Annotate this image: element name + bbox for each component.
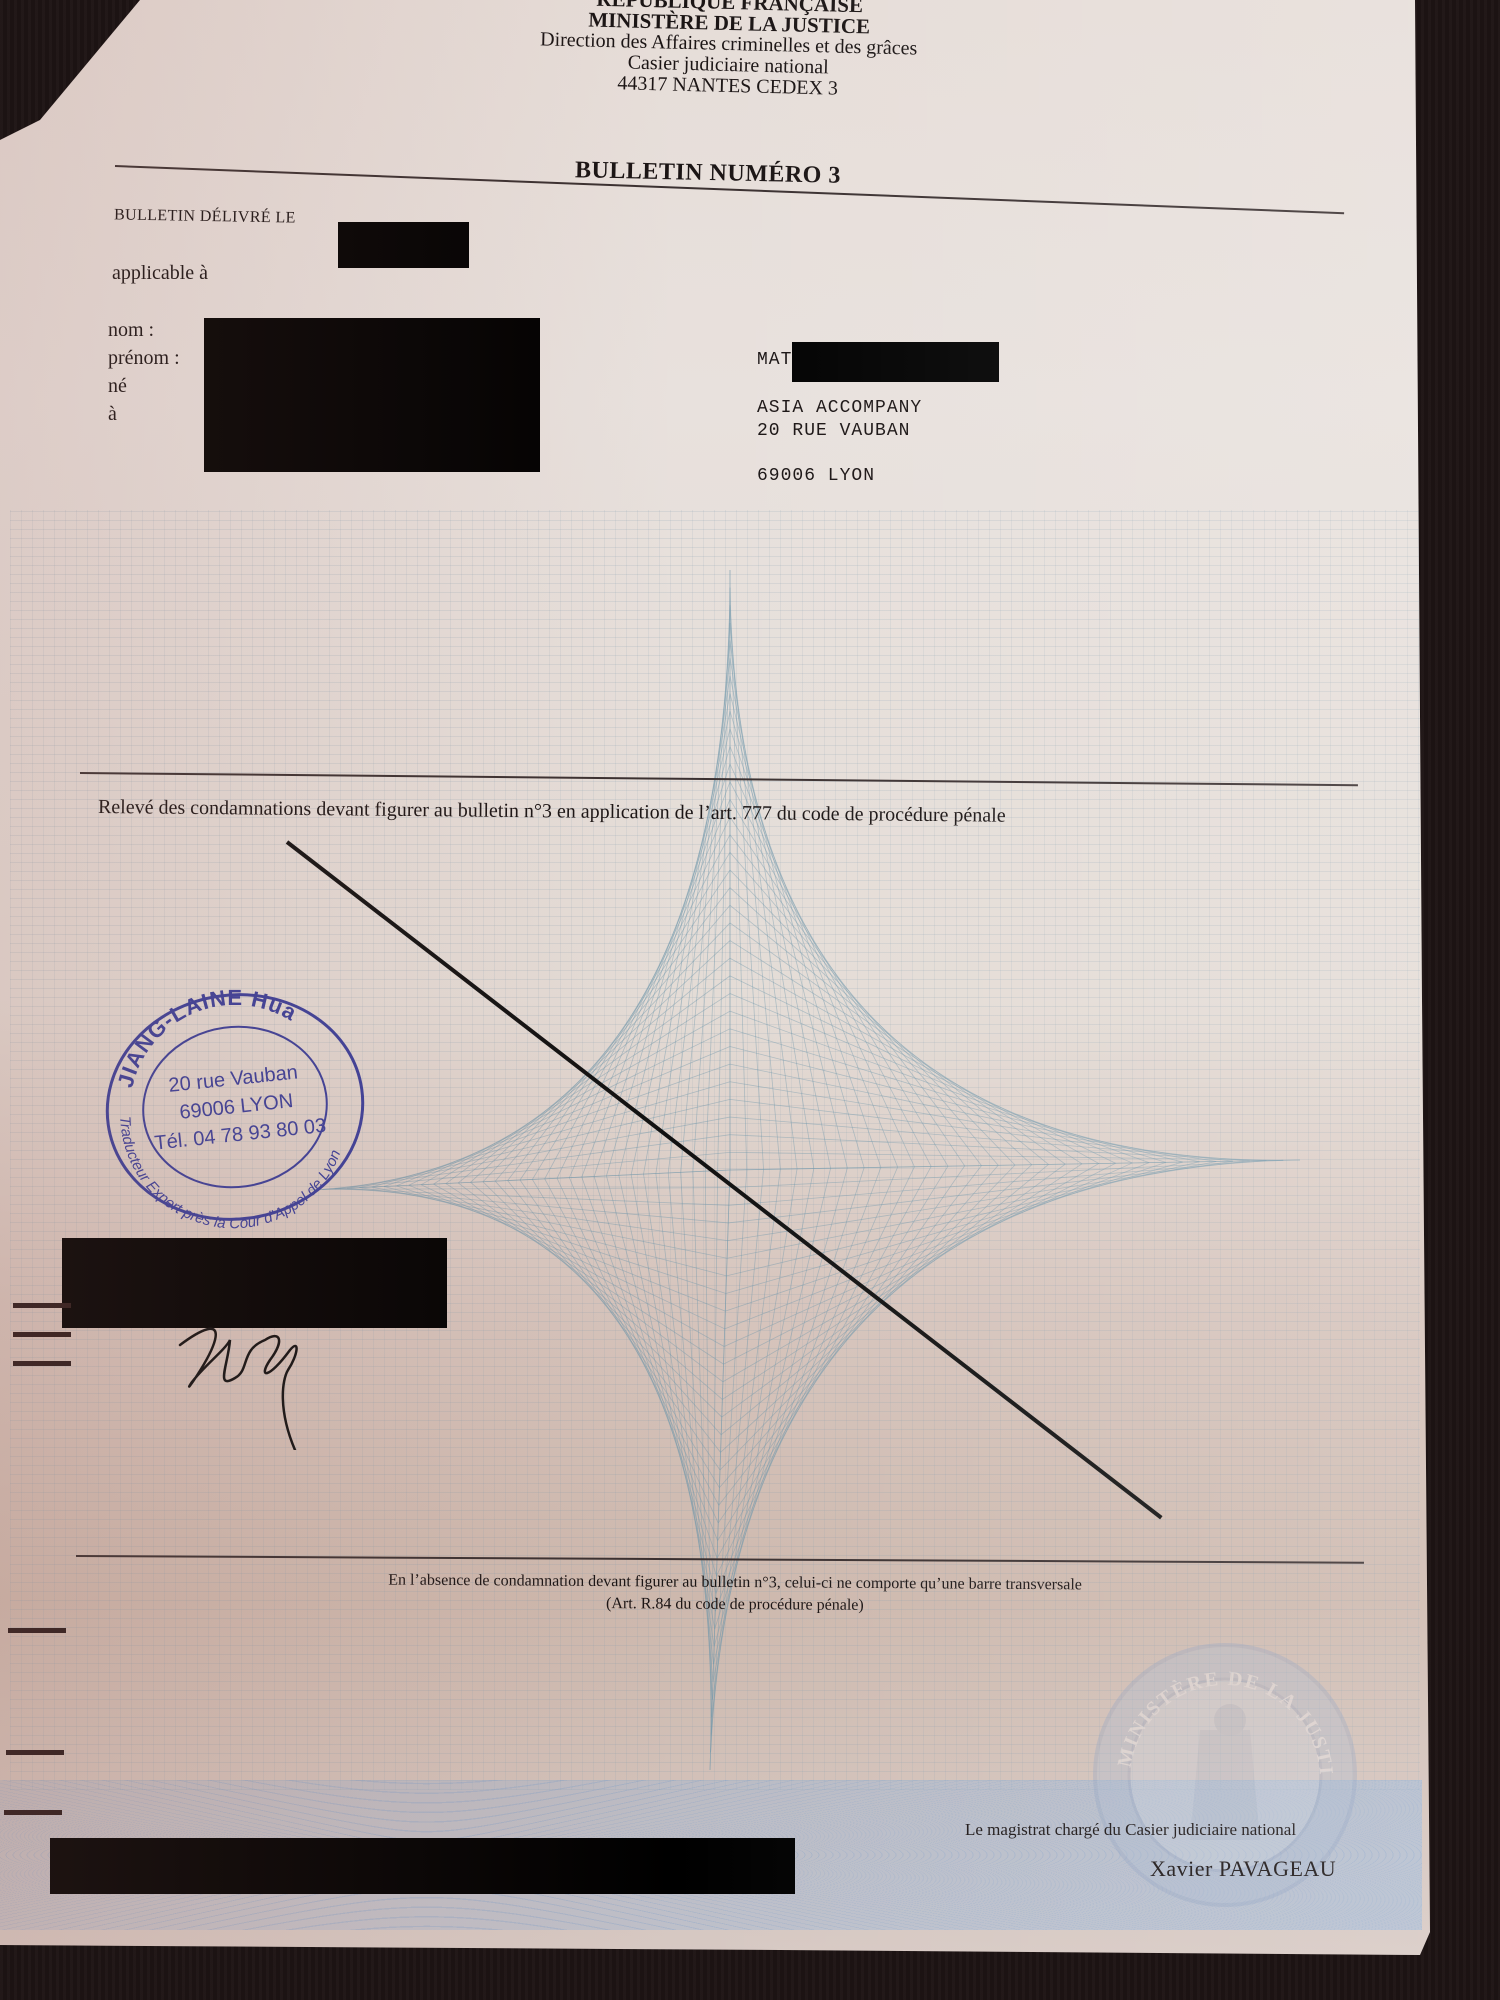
footer-redaction	[50, 1838, 795, 1894]
translator-stamp: JIANG-LAINE Hua Traducteur Expert près l…	[100, 985, 370, 1230]
translator-block-redaction	[62, 1238, 447, 1328]
recipient-name-prefix: MAT	[757, 348, 792, 372]
stamp-address-2: 69006 LYON	[178, 1090, 294, 1124]
recipient-city: 69006 LYON	[757, 464, 875, 488]
field-prenom: prénom :	[108, 344, 180, 372]
recipient-street: 20 RUE VAUBAN	[757, 419, 910, 443]
identity-redaction	[204, 318, 540, 472]
handwritten-signature	[170, 1320, 340, 1450]
identity-field-labels: nom : prénom : né à	[108, 316, 180, 428]
magistrate-title: Le magistrat chargé du Casier judiciaire…	[965, 1820, 1296, 1840]
recipient-company: ASIA ACCOMPANY	[757, 396, 922, 420]
applicable-label: applicable à	[112, 260, 208, 286]
delivered-date-redaction	[338, 222, 469, 268]
issuer-header: RÉPUBLIQUE FRANÇAISE MINISTÈRE DE LA JUS…	[488, 0, 970, 103]
margin-tick	[13, 1332, 71, 1337]
document-sheet: RÉPUBLIQUE FRANÇAISE MINISTÈRE DE LA JUS…	[0, 0, 1500, 2000]
margin-tick	[6, 1750, 64, 1755]
field-ne: né	[108, 372, 180, 400]
magistrate-name: Xavier PAVAGEAU	[1150, 1856, 1336, 1882]
margin-tick	[4, 1810, 62, 1815]
margin-tick	[8, 1628, 66, 1633]
field-a: à	[108, 400, 180, 428]
margin-tick	[13, 1361, 71, 1366]
margin-tick	[13, 1303, 71, 1308]
notice-block: En l’absence de condamnation devant figu…	[260, 1569, 1210, 1620]
delivered-label: BULLETIN DÉLIVRÉ LE	[114, 206, 296, 227]
recipient-name-redaction	[792, 342, 999, 382]
field-nom: nom :	[108, 316, 180, 344]
